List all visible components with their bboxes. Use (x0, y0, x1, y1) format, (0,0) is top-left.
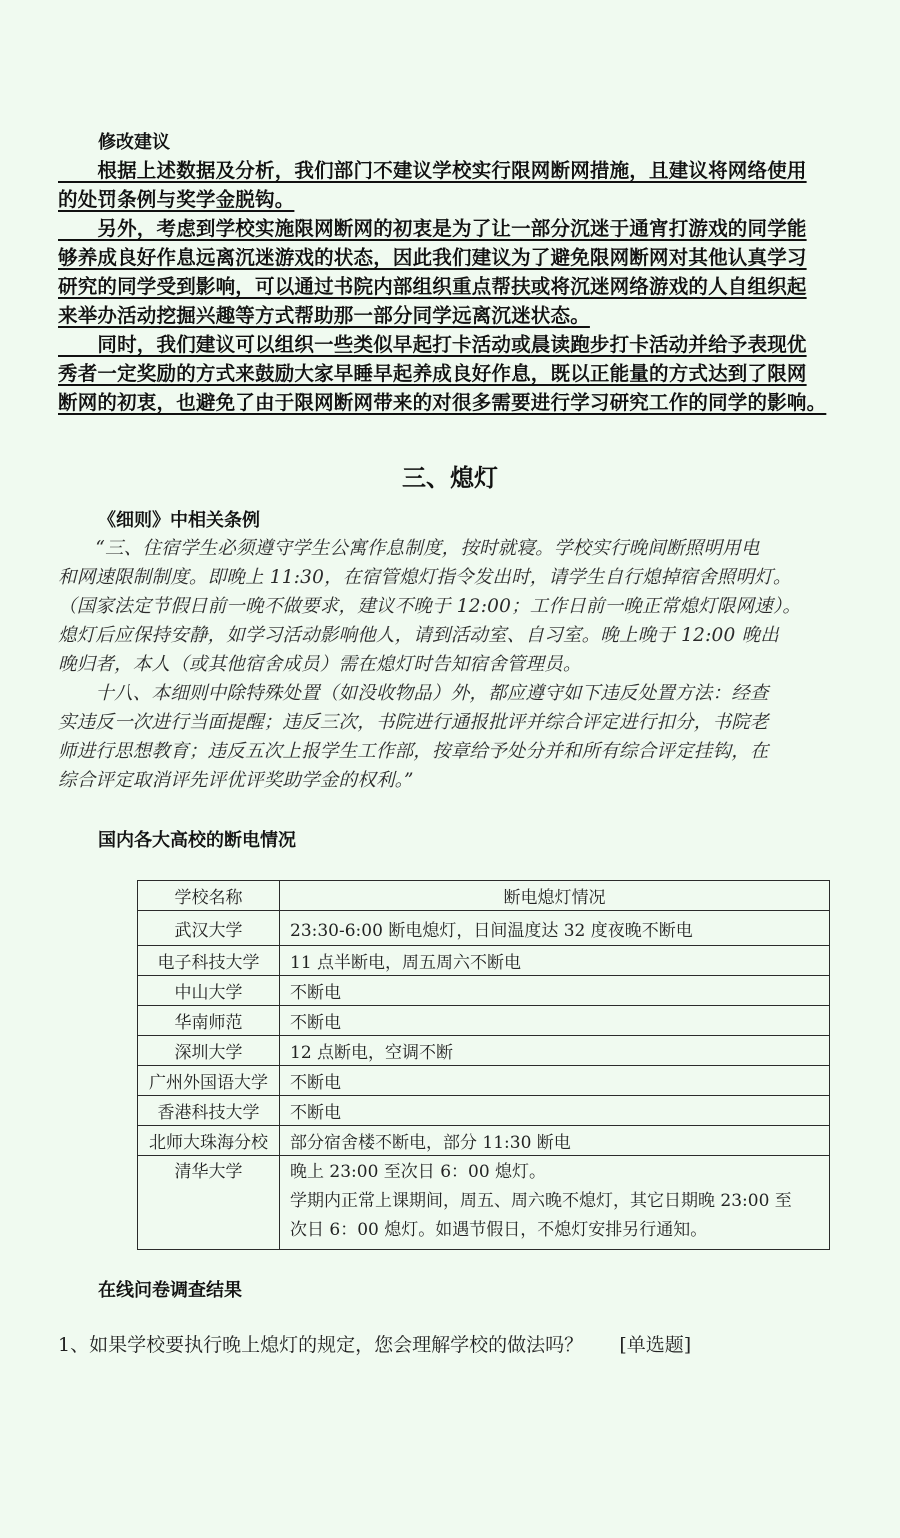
school-name: 北师大珠海分校 (138, 1126, 280, 1156)
suggestions-heading: 修改建议 (98, 128, 170, 154)
power-status: 不断电 (280, 1096, 830, 1126)
power-table-heading: 国内各大高校的断电情况 (98, 826, 296, 852)
table-header-row: 学校名称 断电熄灯情况 (138, 881, 830, 911)
table-row: 清华大学 晚上 23:00 至次日 6：00 熄灯。 学期内正常上课期间，周五、… (138, 1156, 830, 1250)
power-status: 不断电 (280, 976, 830, 1006)
suggestion-line: 来举办活动挖掘兴趣等方式帮助那一部分同学远离沉迷状态。 (58, 301, 830, 330)
school-name: 中山大学 (138, 976, 280, 1006)
table-row: 北师大珠海分校 部分宿舍楼不断电，部分 11:30 断电 (138, 1126, 830, 1156)
power-status: 不断电 (280, 1006, 830, 1036)
table-row: 武汉大学 23:30-6:00 断电熄灯，日间温度达 32 度夜晚不断电 (138, 911, 830, 946)
suggestion-line: 研究的同学受到影响，可以通过书院内部组织重点帮扶或将沉迷网络游戏的人自组织起 (58, 272, 830, 301)
power-status: 12 点断电，空调不断 (280, 1036, 830, 1066)
regulation-line: （国家法定节假日前一晚不做要求，建议不晚于 12:00；工作日前一晚正常熄灯限网… (58, 592, 830, 621)
power-status-line: 晚上 23:00 至次日 6：00 熄灯。 (290, 1158, 819, 1187)
regulation-line: 师进行思想教育；违反五次上报学生工作部，按章给予处分并和所有综合评定挂钩，在 (58, 737, 830, 766)
question-type-badge: [单选题] (619, 1334, 691, 1356)
school-name: 电子科技大学 (138, 946, 280, 976)
regulation-line: 综合评定取消评先评优评奖助学金的权利。” (58, 766, 830, 795)
question-text: 1、如果学校要执行晚上熄灯的规定，您会理解学校的做法吗？ (58, 1334, 583, 1356)
suggestion-line: 根据上述数据及分析，我们部门不建议学校实行限网断网措施，且建议将网络使用 (58, 156, 830, 185)
column-header-status: 断电熄灯情况 (280, 881, 830, 911)
survey-heading: 在线问卷调查结果 (98, 1276, 242, 1302)
suggestion-line: 的处罚条例与奖学金脱钩。 (58, 185, 830, 214)
school-name: 武汉大学 (138, 911, 280, 946)
column-header-school: 学校名称 (138, 881, 280, 911)
school-name: 华南师范 (138, 1006, 280, 1036)
regulation-line: 熄灯后应保持安静，如学习活动影响他人，请到活动室、自习室。晚上晚于 12:00 … (58, 621, 830, 650)
power-status: 部分宿舍楼不断电，部分 11:30 断电 (280, 1126, 830, 1156)
section-title: 三、熄灯 (0, 458, 900, 493)
table-row: 电子科技大学 11 点半断电，周五周六不断电 (138, 946, 830, 976)
regulation-line: 晚归者，本人（或其他宿舍成员）需在熄灯时告知宿舍管理员。 (58, 650, 830, 679)
suggestion-line: 同时，我们建议可以组织一些类似早起打卡活动或晨读跑步打卡活动并给予表现优 (58, 330, 830, 359)
school-name: 深圳大学 (138, 1036, 280, 1066)
table-row: 中山大学 不断电 (138, 976, 830, 1006)
power-status: 不断电 (280, 1066, 830, 1096)
school-name: 香港科技大学 (138, 1096, 280, 1126)
suggestion-line: 秀者一定奖励的方式来鼓励大家早睡早起养成良好作息，既以正能量的方式达到了限网 (58, 359, 830, 388)
survey-question: 1、如果学校要执行晚上熄灯的规定，您会理解学校的做法吗？ [单选题] (58, 1330, 691, 1357)
regulation-line: “三、住宿学生必须遵守学生公寓作息制度，按时就寝。学校实行晚间断照明用电 (58, 534, 830, 563)
regulation-line: 十八、本细则中除特殊处置（如没收物品）外，都应遵守如下违反处置方法：经查 (58, 679, 830, 708)
power-status-line: 学期内正常上课期间，周五、周六晚不熄灯，其它日期晚 23:00 至 (290, 1187, 819, 1216)
table-row: 香港科技大学 不断电 (138, 1096, 830, 1126)
regulation-line: 实违反一次进行当面提醒；违反三次，书院进行通报批评并综合评定进行扣分，书院老 (58, 708, 830, 737)
school-name: 清华大学 (138, 1156, 280, 1250)
school-name: 广州外国语大学 (138, 1066, 280, 1096)
power-status: 11 点半断电，周五周六不断电 (280, 946, 830, 976)
power-cut-table: 学校名称 断电熄灯情况 武汉大学 23:30-6:00 断电熄灯，日间温度达 3… (137, 880, 830, 1250)
suggestion-line: 断网的初衷，也避免了由于限网断网带来的对很多需要进行学习研究工作的同学的影响。 (58, 388, 830, 417)
regulation-line: 和网速限制制度。即晚上 11:30，在宿管熄灯指令发出时，请学生自行熄掉宿舍照明… (58, 563, 830, 592)
power-status-line: 次日 6：00 熄灯。如遇节假日，不熄灯安排另行通知。 (290, 1216, 819, 1245)
suggestion-line: 另外，考虑到学校实施限网断网的初衷是为了让一部分沉迷于通宵打游戏的同学能 (58, 214, 830, 243)
table-row: 华南师范 不断电 (138, 1006, 830, 1036)
power-status: 晚上 23:00 至次日 6：00 熄灯。 学期内正常上课期间，周五、周六晚不熄… (280, 1156, 830, 1250)
table-row: 深圳大学 12 点断电，空调不断 (138, 1036, 830, 1066)
regulations-heading: 《细则》中相关条例 (98, 506, 260, 532)
suggestion-line: 够养成良好作息远离沉迷游戏的状态，因此我们建议为了避免限网断网对其他认真学习 (58, 243, 830, 272)
power-status: 23:30-6:00 断电熄灯，日间温度达 32 度夜晚不断电 (280, 911, 830, 946)
table-row: 广州外国语大学 不断电 (138, 1066, 830, 1096)
